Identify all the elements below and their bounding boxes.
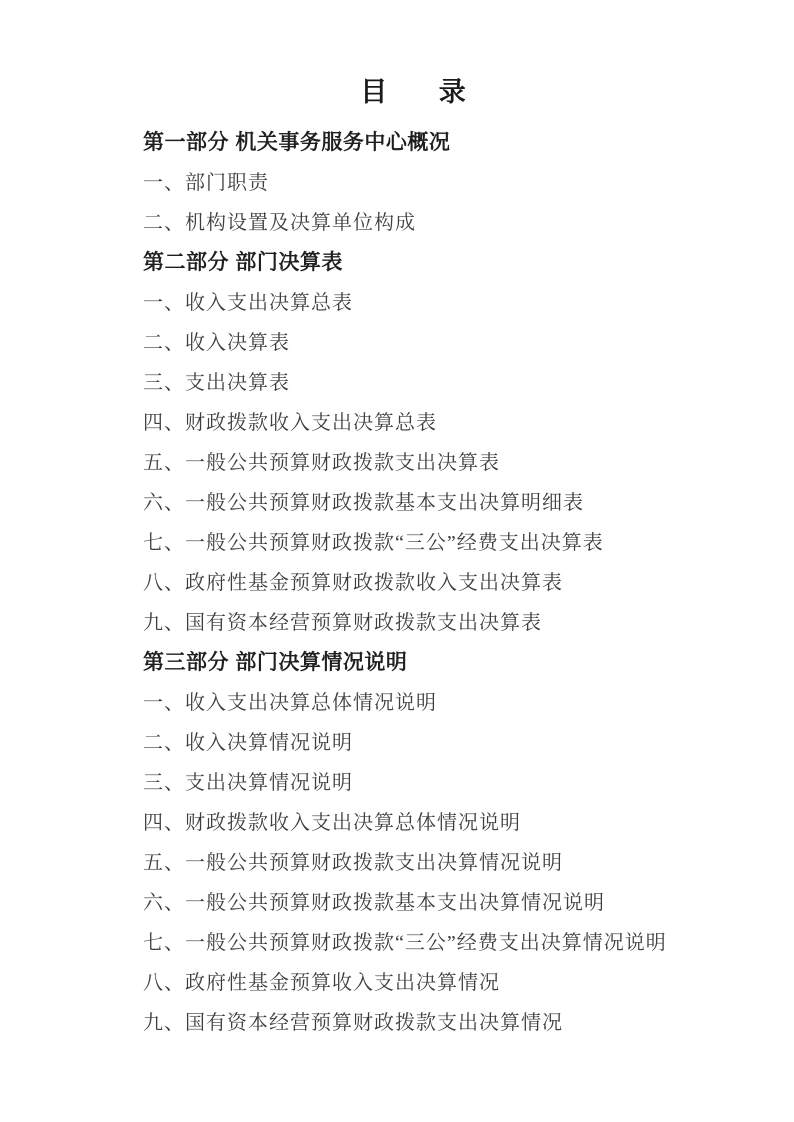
toc-item-part2-6: 六、一般公共预算财政拨款基本支出决算明细表 <box>143 483 684 523</box>
toc-item-part3-3: 三、支出决算情况说明 <box>143 763 684 803</box>
toc-item-part2-5: 五、一般公共预算财政拨款支出决算表 <box>143 443 684 483</box>
toc-item-part3-7: 七、一般公共预算财政拨款“三公”经费支出决算情况说明 <box>143 923 684 963</box>
document-page: 目 录 第一部分 机关事务服务中心概况 一、部门职责 二、机构设置及决算单位构成… <box>0 0 794 1122</box>
toc-item-part1-2: 二、机构设置及决算单位构成 <box>143 203 684 243</box>
section-heading-part3: 第三部分 部门决算情况说明 <box>143 643 684 683</box>
document-content: 目 录 第一部分 机关事务服务中心概况 一、部门职责 二、机构设置及决算单位构成… <box>0 0 794 1043</box>
toc-item-part1-1: 一、部门职责 <box>143 163 684 203</box>
section-heading-part1: 第一部分 机关事务服务中心概况 <box>143 123 684 163</box>
toc-item-part3-1: 一、收入支出决算总体情况说明 <box>143 683 684 723</box>
toc-item-part2-1: 一、收入支出决算总表 <box>143 283 684 323</box>
page-title: 目 录 <box>143 75 684 109</box>
toc-item-part2-7: 七、一般公共预算财政拨款“三公”经费支出决算表 <box>143 523 684 563</box>
toc-item-part3-2: 二、收入决算情况说明 <box>143 723 684 763</box>
toc-item-part2-4: 四、财政拨款收入支出决算总表 <box>143 403 684 443</box>
toc-item-part3-6: 六、一般公共预算财政拨款基本支出决算情况说明 <box>143 883 684 923</box>
toc-item-part3-8: 八、政府性基金预算收入支出决算情况 <box>143 963 684 1003</box>
toc-item-part2-2: 二、收入决算表 <box>143 323 684 363</box>
toc-item-part3-5: 五、一般公共预算财政拨款支出决算情况说明 <box>143 843 684 883</box>
toc-item-part2-3: 三、支出决算表 <box>143 363 684 403</box>
toc-item-part2-8: 八、政府性基金预算财政拨款收入支出决算表 <box>143 563 684 603</box>
section-heading-part2: 第二部分 部门决算表 <box>143 243 684 283</box>
toc-item-part3-4: 四、财政拨款收入支出决算总体情况说明 <box>143 803 684 843</box>
toc-item-part2-9: 九、国有资本经营预算财政拨款支出决算表 <box>143 603 684 643</box>
toc-item-part3-9: 九、国有资本经营预算财政拨款支出决算情况 <box>143 1003 684 1043</box>
